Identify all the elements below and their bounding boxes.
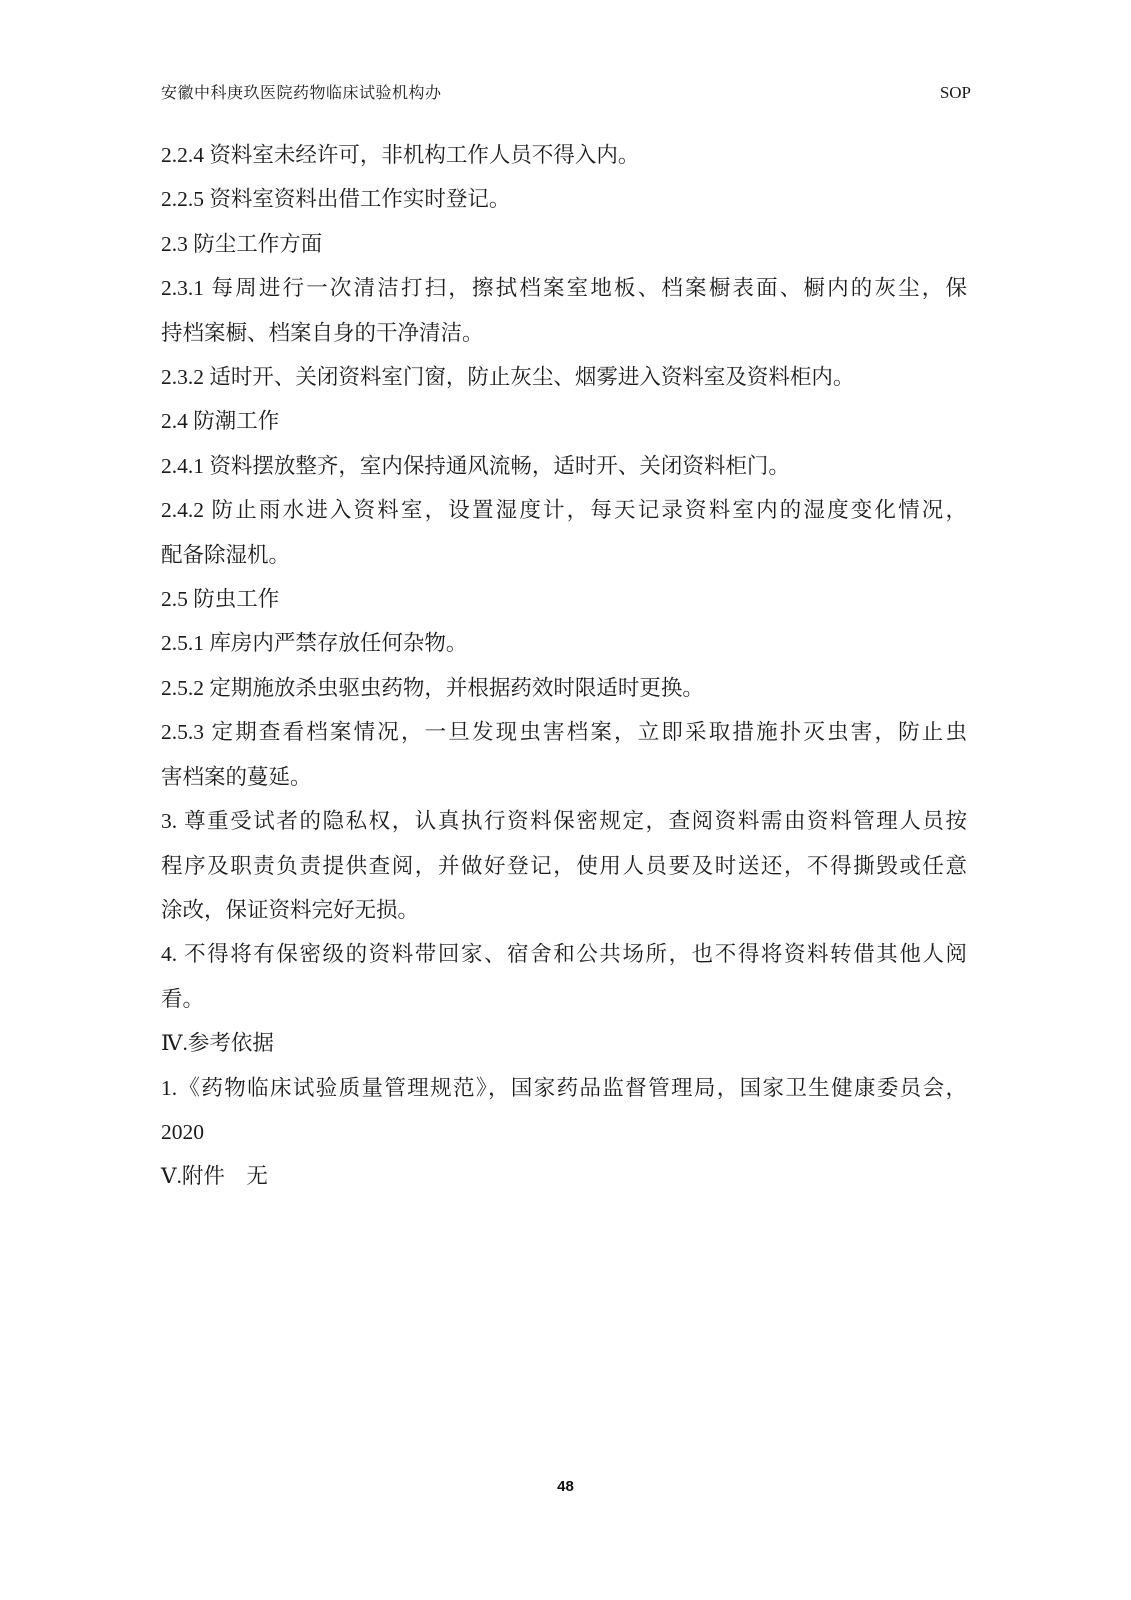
text-line: 2.4.1 资料摆放整齐，室内保持通风流畅，适时开、关闭资料柜门。 (161, 444, 967, 488)
text-line: 2.2.5 资料室资料出借工作实时登记。 (161, 177, 967, 221)
text-line: Ⅳ.参考依据 (161, 1021, 967, 1065)
text-line: 2.5.2 定期施放杀虫驱虫药物，并根据药效时限适时更换。 (161, 666, 967, 710)
page-footer: 48 (0, 1478, 1131, 1495)
text-line: 持档案橱、档案自身的干净清洁。 (161, 311, 967, 355)
text-line: 2.5.1 库房内严禁存放任何杂物。 (161, 621, 967, 665)
text-line: 2.5 防虫工作 (161, 577, 967, 621)
page-header: 安徽中科庚玖医院药物临床试验机构办 SOP (161, 83, 971, 104)
text-line: 看。 (161, 977, 967, 1021)
text-line: 2.4.2 防止雨水进入资料室，设置湿度计，每天记录资料室内的湿度变化情况， (161, 488, 967, 532)
header-institution-name: 安徽中科庚玖医院药物临床试验机构办 (161, 84, 442, 104)
header-doc-type-label: SOP (940, 83, 971, 103)
text-line: 2.3.2 适时开、关闭资料室门窗，防止灰尘、烟雾进入资料室及资料柜内。 (161, 355, 967, 399)
text-line: 2.3.1 每周进行一次清洁打扫，擦拭档案室地板、档案橱表面、橱内的灰尘，保 (161, 266, 967, 310)
text-line: 2.5.3 定期查看档案情况，一旦发现虫害档案，立即采取措施扑灭虫害，防止虫 (161, 710, 967, 754)
text-line: 涂改，保证资料完好无损。 (161, 888, 967, 932)
text-line: 害档案的蔓延。 (161, 755, 967, 799)
text-line: 2.4 防潮工作 (161, 399, 967, 443)
text-line: Ⅴ.附件 无 (161, 1154, 967, 1198)
document-body: 2.2.4 资料室未经许可，非机构工作人员不得入内。2.2.5 资料室资料出借工… (161, 133, 967, 1199)
text-line: 程序及职责负责提供查阅，并做好登记，使用人员要及时送还，不得撕毁或任意 (161, 844, 967, 888)
text-line: 2.3 防尘工作方面 (161, 222, 967, 266)
text-line: 3. 尊重受试者的隐私权，认真执行资料保密规定，查阅资料需由资料管理人员按 (161, 799, 967, 843)
text-line: 1.《药物临床试验质量管理规范》，国家药品监督管理局，国家卫生健康委员会， (161, 1066, 967, 1110)
text-line: 4. 不得将有保密级的资料带回家、宿舍和公共场所，也不得将资料转借其他人阅 (161, 932, 967, 976)
text-line: 2020 (161, 1110, 967, 1154)
text-line: 配备除湿机。 (161, 533, 967, 577)
page-number: 48 (557, 1478, 574, 1495)
document-page: 安徽中科庚玖医院药物临床试验机构办 SOP 2.2.4 资料室未经许可，非机构工… (0, 0, 1131, 1600)
text-line: 2.2.4 资料室未经许可，非机构工作人员不得入内。 (161, 133, 967, 177)
